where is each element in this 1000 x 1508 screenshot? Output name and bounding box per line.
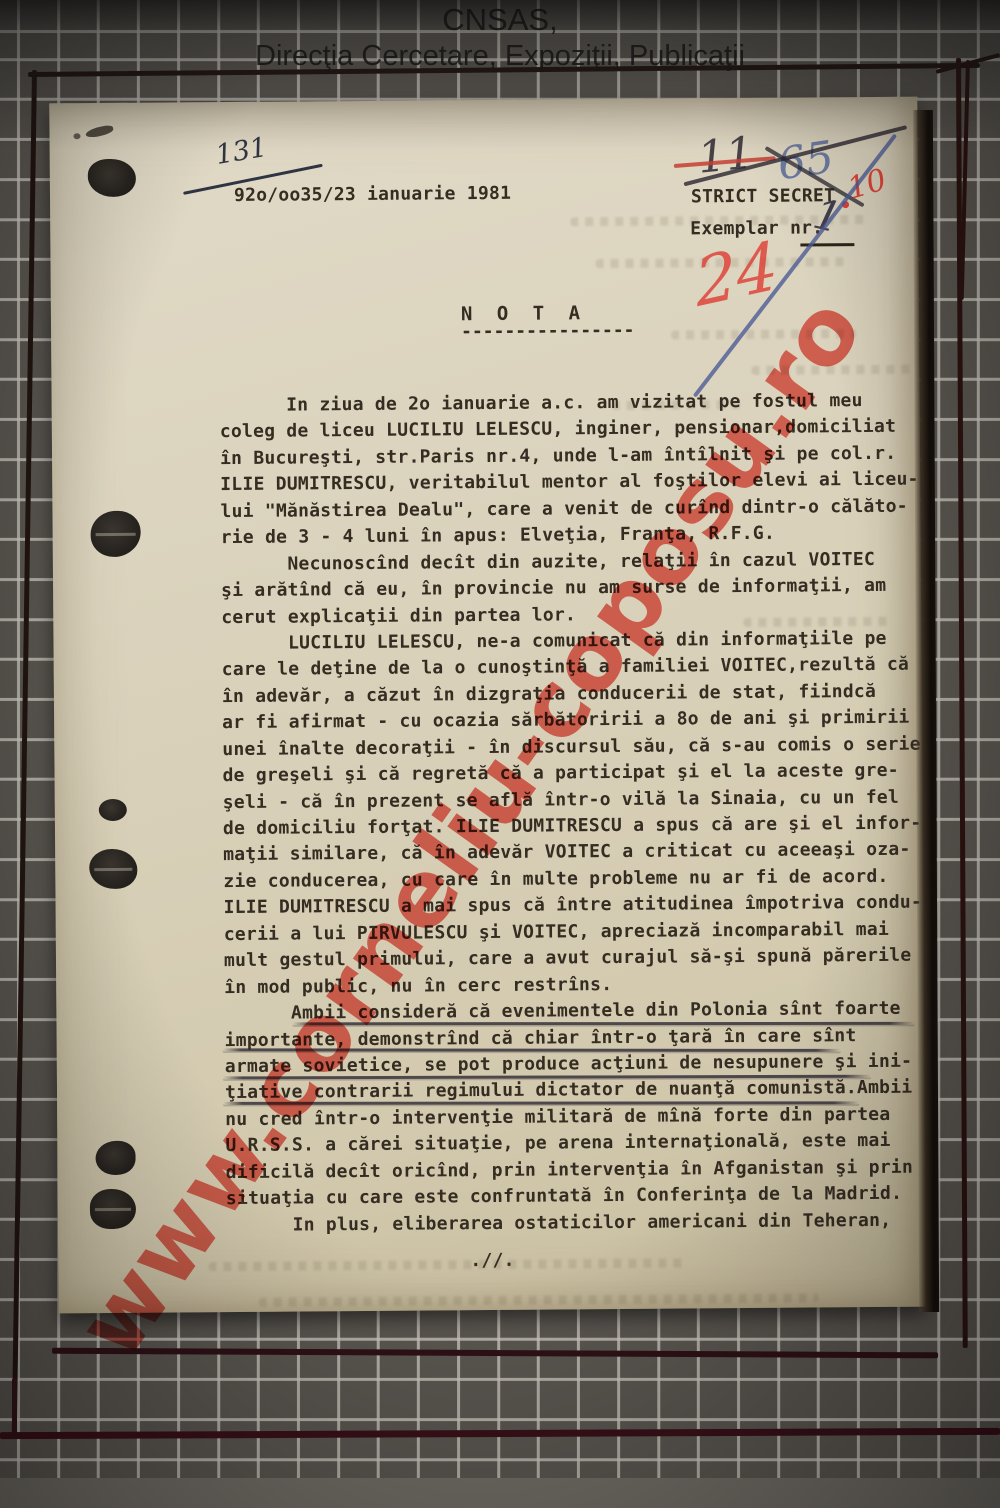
reference-number-line: 92o/oo35/23 ianuarie 1981 xyxy=(234,183,511,206)
punch-hole xyxy=(95,1141,135,1175)
continuation-mark: .//. xyxy=(470,1250,515,1271)
punch-hole xyxy=(99,799,127,821)
punch-hole xyxy=(88,159,136,197)
ink-stain xyxy=(73,133,80,139)
archive-caption-line1: CNSAS, xyxy=(0,2,1000,38)
mat-bottom-band xyxy=(0,1478,1000,1508)
handwritten-mark-24: 24 xyxy=(693,227,781,323)
typed-line: In plus, eliberarea ostaticilor american… xyxy=(226,1207,926,1239)
punch-hole xyxy=(89,849,137,889)
classification-marking: STRICT SECRET xyxy=(691,185,835,207)
album-frame-line-bottom-inner xyxy=(52,1348,938,1359)
title-underline-dashes: ---------------- xyxy=(461,320,635,342)
punch-hole xyxy=(90,511,140,557)
bleed-through-smudge xyxy=(208,1258,688,1271)
archive-caption-line2: Direcţia Cercetare, Expoziţii, Publicaţi… xyxy=(0,40,1000,73)
handwritten-page-number: 131 xyxy=(213,132,269,171)
album-frame-line-left xyxy=(12,70,37,1438)
album-frame-connector xyxy=(12,1378,17,1436)
ink-stain xyxy=(85,124,114,139)
photo-mat-grid: { "overlay": { "line1": "CNSAS,", "line2… xyxy=(0,0,1000,1508)
album-frame-line-bottom-outer xyxy=(0,1428,1000,1439)
bleed-through-smudge xyxy=(259,1293,819,1306)
